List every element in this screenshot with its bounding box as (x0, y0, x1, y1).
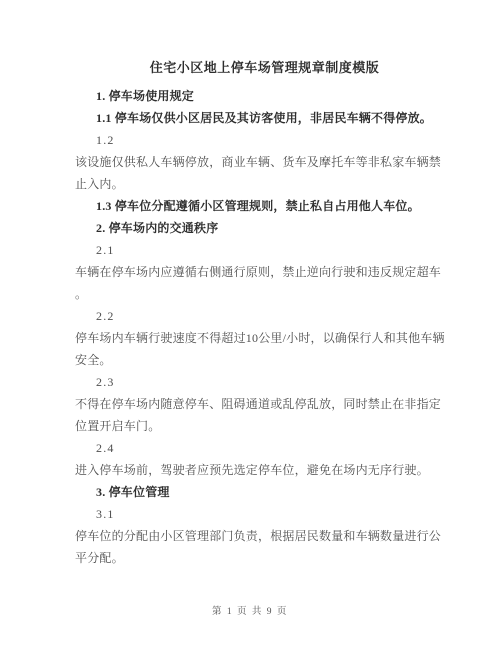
paragraph-line: 位置开启车门。 (75, 415, 430, 437)
clause-heading: 1.3 停车位分配遵循小区管理规则，禁止私自占用他人车位。 (75, 195, 430, 217)
paragraph-line: 该设施仅供私人车辆停放，商业车辆、货车及摩托车等非私家车辆禁 (75, 151, 430, 173)
clause-number: 2.1 (75, 239, 430, 261)
section-heading: 3. 停车位管理 (75, 481, 430, 503)
document-page: 住宅小区地上停车场管理规章制度模版 1. 停车场使用规定 1.1 停车场仅供小区… (0, 0, 500, 647)
paragraph-line: 进入停车场前，驾驶者应预先选定停车位，避免在场内无序行驶。 (75, 459, 430, 481)
clause-heading: 1.1 停车场仅供小区居民及其访客使用，非居民车辆不得停放。 (75, 107, 430, 129)
section-heading: 1. 停车场使用规定 (75, 85, 430, 107)
clause-number: 2.3 (75, 371, 430, 393)
clause-number: 2.4 (75, 437, 430, 459)
paragraph-line: 平分配。 (75, 547, 430, 569)
document-title: 住宅小区地上停车场管理规章制度模版 (75, 58, 430, 78)
clause-number: 1.2 (75, 129, 430, 151)
clause-number: 3.1 (75, 503, 430, 525)
page-number-footer: 第 1 页 共 9 页 (0, 605, 500, 619)
paragraph-line: 。 (75, 283, 430, 305)
paragraph-line: 停车位的分配由小区管理部门负责，根据居民数量和车辆数量进行公 (75, 525, 430, 547)
paragraph-line: 车辆在停车场内应遵循右侧通行原则，禁止逆向行驶和违反规定超车 (75, 261, 430, 283)
clause-number: 2.2 (75, 305, 430, 327)
section-heading: 2. 停车场内的交通秩序 (75, 217, 430, 239)
paragraph-line: 不得在停车场内随意停车、阻碍通道或乱停乱放，同时禁止在非指定 (75, 393, 430, 415)
paragraph-line: 安全。 (75, 349, 430, 371)
paragraph-line: 停车场内车辆行驶速度不得超过10公里/小时，以确保行人和其他车辆 (75, 327, 430, 349)
document-body: 1. 停车场使用规定 1.1 停车场仅供小区居民及其访客使用，非居民车辆不得停放… (75, 85, 430, 569)
paragraph-line: 止入内。 (75, 173, 430, 195)
